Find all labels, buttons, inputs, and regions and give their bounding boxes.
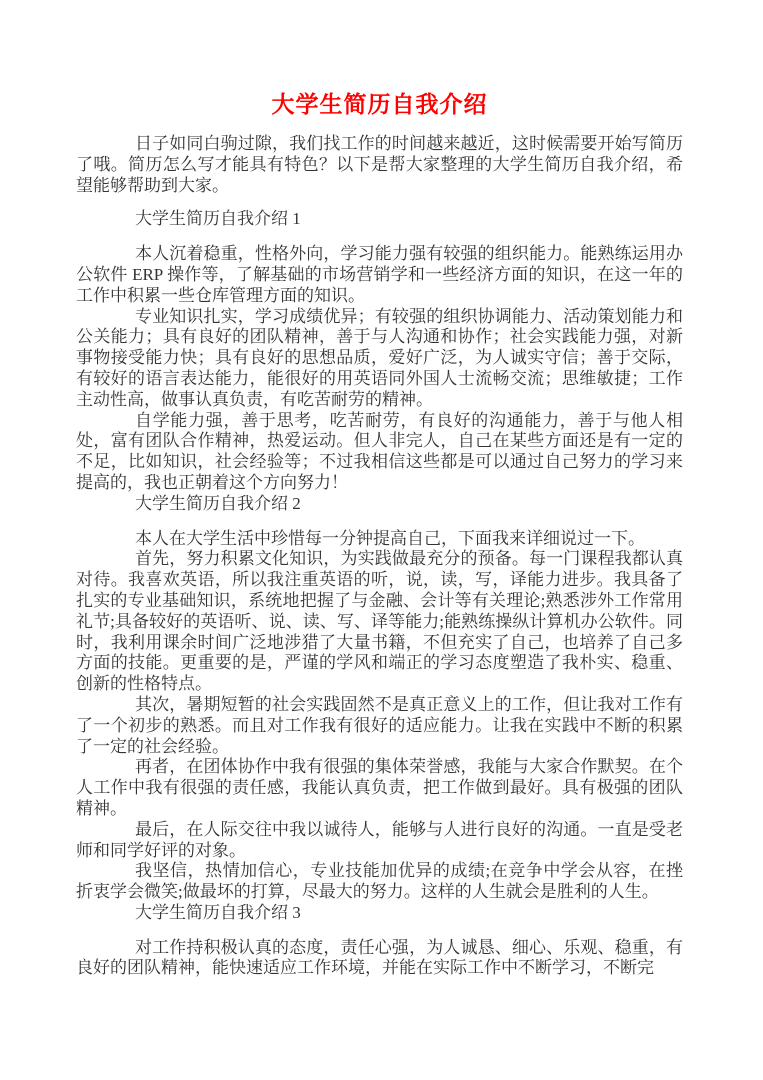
body-paragraph: 本人在大学生活中珍惜每一分钟提高自己，下面我来详细说过一下。 [76,529,683,550]
document-section: 大学生简历自我介绍 3对工作持积极认真的态度，责任心强，为人诚恳、细心、乐观、稳… [76,903,683,979]
body-paragraph: 专业知识扎实，学习成绩优异；有较强的组织协调能力、活动策划能力和公关能力；具有良… [76,307,683,411]
body-paragraph: 对工作持积极认真的态度，责任心强，为人诚恳、细心、乐观、稳重，有良好的团队精神，… [76,938,683,980]
body-paragraph: 再者，在团体协作中我有很强的集体荣誉感，我能与大家合作默契。在个人工作中我有很强… [76,757,683,819]
body-paragraph: 我坚信，热情加信心，专业技能加优异的成绩;在竞争中学会从容，在挫折衷学会微笑;做… [76,861,683,903]
document-content: 大学生简历自我介绍 日子如同白驹过隙，我们找工作的时间越来越近，这时候需要开始写… [0,0,763,979]
document-section: 大学生简历自我介绍 2本人在大学生活中珍惜每一分钟提高自己，下面我来详细说过一下… [76,494,683,903]
body-paragraph: 首先，努力积累文化知识，为实践做最充分的预备。每一门课程我都认真对待。我喜欢英语… [76,549,683,695]
sections-container: 大学生简历自我介绍 1本人沉着稳重，性格外向，学习能力强有较强的组织能力。能熟练… [76,209,683,979]
document-section: 大学生简历自我介绍 1本人沉着稳重，性格外向，学习能力强有较强的组织能力。能熟练… [76,209,683,493]
body-paragraph: 本人沉着稳重，性格外向，学习能力强有较强的组织能力。能熟练运用办公软件 ERP … [76,244,683,306]
body-paragraph: 其次，暑期短暂的社会实践固然不是真正意义上的工作，但让我对工作有了一个初步的熟悉… [76,695,683,757]
intro-paragraph: 日子如同白驹过隙，我们找工作的时间越来越近，这时候需要开始写简历了哦。简历怎么写… [76,134,683,196]
document-page: 大学生简历自我介绍 日子如同白驹过隙，我们找工作的时间越来越近，这时候需要开始写… [0,0,763,1080]
section-heading: 大学生简历自我介绍 1 [76,209,683,230]
document-title: 大学生简历自我介绍 [76,93,683,117]
body-paragraph: 最后，在人际交往中我以诚待人，能够与人进行良好的沟通。一直是受老师和同学好评的对… [76,820,683,862]
body-paragraph: 自学能力强，善于思考，吃苦耐劳，有良好的沟通能力，善于与他人相处，富有团队合作精… [76,411,683,494]
section-heading: 大学生简历自我介绍 3 [76,903,683,924]
section-heading: 大学生简历自我介绍 2 [76,494,683,515]
